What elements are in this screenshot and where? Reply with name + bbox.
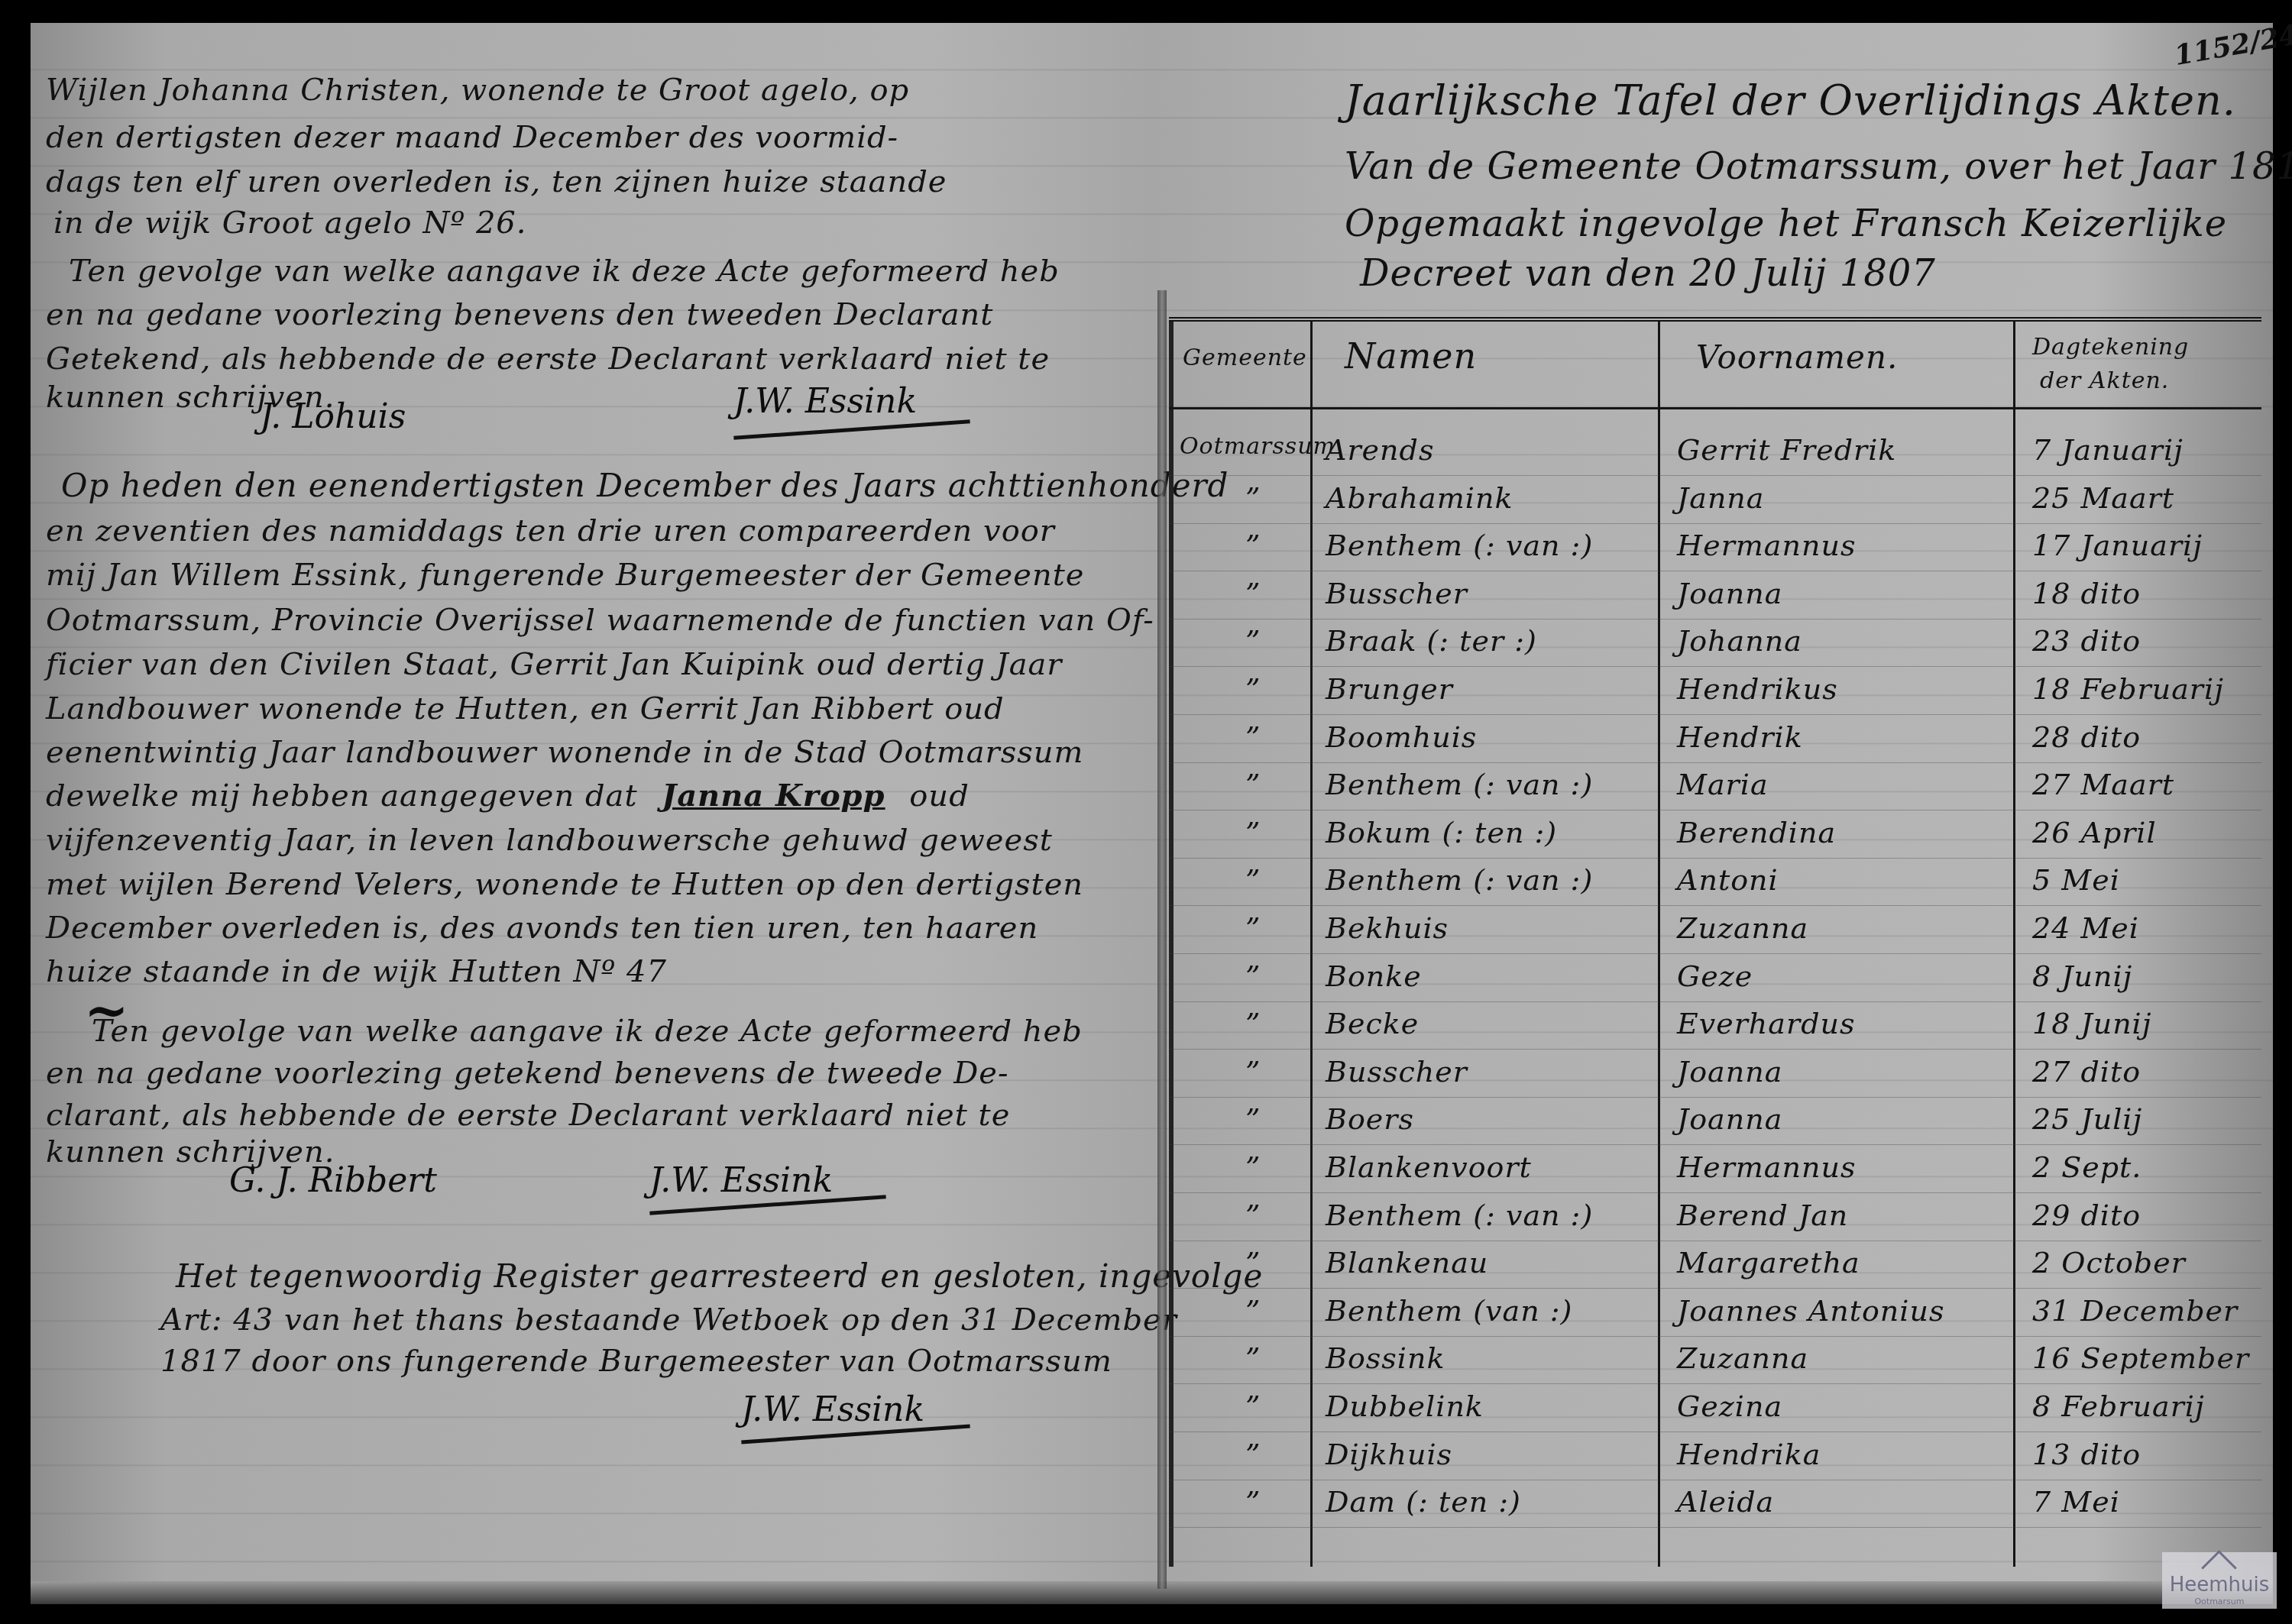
cell-voornamen: Janna — [1677, 481, 1765, 515]
cell-voornamen: Margaretha — [1677, 1246, 1860, 1279]
table-row: ”BossinkZuzanna16 September — [1169, 1337, 2261, 1384]
signature-lohuis: J. Lohuis — [260, 397, 406, 436]
cell-datum: 2 October — [2032, 1246, 2186, 1279]
text-line: 1817 door ons fungerende Burgemeester va… — [160, 1346, 1112, 1377]
cell-datum: 8 Februarij — [2032, 1389, 2205, 1423]
column-header-namen: Namen — [1345, 335, 1477, 377]
cell-naam: Bekhuis — [1326, 911, 1449, 945]
text-line: mij Jan Willem Essink, fungerende Burgem… — [46, 560, 1084, 590]
cell-voornamen: Berendina — [1677, 816, 1836, 849]
cell-naam: Brunger — [1326, 672, 1453, 706]
signature-essink: J.W. Essink — [649, 1161, 833, 1200]
table-row: ”BekhuisZuzanna24 Mei — [1169, 907, 2261, 954]
text-line: Ootmarssum, Provincie Overijssel waarnem… — [46, 605, 1154, 636]
watermark-sub: Ootmarsum — [2162, 1597, 2277, 1606]
cell-naam: Blankenvoort — [1326, 1150, 1532, 1184]
cell-gemeente: ” — [1245, 1102, 1261, 1136]
table-subtitle: Opgemaakt ingevolge het Fransch Keizerli… — [1345, 202, 2227, 245]
text-line: Ten gevolge van welke aangave ik deze Ac… — [69, 256, 1060, 286]
cell-gemeente: ” — [1245, 911, 1261, 945]
signature-essink: J.W. Essink — [733, 382, 917, 421]
header-line: Dagtekening — [2032, 331, 2189, 364]
cell-gemeente: ” — [1245, 959, 1261, 993]
table-row: ”BeckeEverhardus18 Junij — [1169, 1002, 2261, 1050]
cell-naam: Dam (: ten :) — [1326, 1485, 1521, 1519]
cell-gemeente: ” — [1245, 1485, 1261, 1519]
cell-voornamen: Johanna — [1677, 624, 1802, 658]
cell-naam: Becke — [1326, 1007, 1419, 1040]
cell-voornamen: Hermannus — [1677, 1150, 1856, 1184]
cell-voornamen: Hendrik — [1677, 720, 1803, 754]
cell-datum: 8 Junij — [2032, 959, 2132, 993]
cell-gemeente: ” — [1245, 720, 1261, 754]
cell-datum: 28 dito — [2032, 720, 2141, 754]
column-header-gemeente: Gemeente — [1183, 345, 1307, 371]
text-line: dags ten elf uren overleden is, ten zijn… — [46, 167, 947, 197]
column-header-dagtekening: Dagtekening der Akten. — [2032, 331, 2189, 398]
cell-naam: Busscher — [1326, 1055, 1468, 1089]
cell-voornamen: Antoni — [1677, 863, 1779, 897]
cell-naam: Dubbelink — [1326, 1389, 1484, 1423]
text-line: en zeventien des namiddags ten drie uren… — [46, 516, 1055, 546]
text-line: Ten gevolge van welke aangave ik deze Ac… — [92, 1016, 1083, 1047]
cell-voornamen: Hendrikus — [1677, 672, 1838, 706]
cell-gemeente: ” — [1245, 1389, 1261, 1423]
table-row: ”BrungerHendrikus18 Februarij — [1169, 668, 2261, 715]
cell-naam: Abrahamink — [1326, 481, 1513, 515]
cell-datum: 7 Mei — [2032, 1485, 2120, 1519]
text-line: huize staande in de wijk Hutten Nº 47 — [46, 956, 667, 987]
table-row: ”Benthem (van :)Joannes Antonius31 Decem… — [1169, 1289, 2261, 1337]
cell-datum: 2 Sept. — [2032, 1150, 2141, 1184]
table-row: ”BusscherJoanna18 dito — [1169, 572, 2261, 620]
cell-naam: Benthem (: van :) — [1326, 1199, 1593, 1232]
cell-voornamen: Everhardus — [1677, 1007, 1855, 1040]
cell-datum: 23 dito — [2032, 624, 2141, 658]
cell-voornamen: Zuzanna — [1677, 1341, 1808, 1375]
cell-naam: Arends — [1326, 433, 1434, 467]
table-row: ”DubbelinkGezina8 Februarij — [1169, 1385, 2261, 1432]
death-register-table: Gemeente Namen Voornamen. Dagtekening de… — [1169, 317, 2261, 1567]
table-row: ”Benthem (: van :)Antoni5 Mei — [1169, 859, 2261, 906]
cell-gemeente: ” — [1245, 1199, 1261, 1232]
text-line: vijfenzeventig Jaar, in leven landbouwer… — [46, 825, 1053, 856]
heemhuis-watermark: Heemhuis Ootmarsum — [2162, 1552, 2277, 1609]
cell-gemeente: ” — [1245, 1294, 1261, 1328]
watermark-brand: Heemhuis — [2162, 1574, 2277, 1597]
cell-voornamen: Maria — [1677, 768, 1769, 801]
cell-voornamen: Hendrika — [1677, 1438, 1821, 1471]
cell-datum: 25 Maart — [2032, 481, 2174, 515]
cell-datum: 26 April — [2032, 816, 2157, 849]
cell-gemeente: ” — [1245, 672, 1261, 706]
cell-gemeente: ” — [1245, 481, 1261, 515]
table-title: Jaarlijksche Tafel der Overlijdings Akte… — [1345, 76, 2236, 125]
table-row: ”BlankenvoortHermannus2 Sept. — [1169, 1146, 2261, 1193]
cell-datum: 25 Julij — [2032, 1102, 2142, 1136]
cell-gemeente: ” — [1245, 1007, 1261, 1040]
cell-naam: Boomhuis — [1326, 720, 1477, 754]
text-line: clarant, als hebbende de eerste Declaran… — [46, 1100, 1010, 1131]
cell-voornamen: Hermannus — [1677, 529, 1856, 562]
table-row: ”BonkeGeze8 Junij — [1169, 955, 2261, 1002]
page-number: 1152/243. — [2172, 14, 2292, 72]
text-line: ficier van den Civilen Staat, Gerrit Jan… — [46, 649, 1062, 680]
text-fragment: oud — [909, 778, 969, 814]
table-row: ”BoomhuisHendrik28 dito — [1169, 716, 2261, 763]
cell-naam: Benthem (van :) — [1326, 1294, 1572, 1328]
cell-voornamen: Joanna — [1677, 577, 1782, 610]
cell-gemeente: ” — [1245, 816, 1261, 849]
table-subtitle: Van de Gemeente Ootmarssum, over het Jaa… — [1345, 145, 2292, 188]
table-row: ”AbrahaminkJanna25 Maart — [1169, 477, 2261, 524]
table-row: ”BoersJoanna25 Julij — [1169, 1098, 2261, 1145]
header-rule — [1169, 407, 2261, 409]
table-subtitle: Decreet van den 20 Julij 1807 — [1360, 252, 1936, 295]
cell-naam: Benthem (: van :) — [1326, 768, 1593, 801]
table-row: OotmarssumArendsGerrit Fredrik7 Januarij — [1169, 429, 2261, 476]
text-line: December overleden is, des avonds ten ti… — [46, 913, 1038, 943]
table-row: ”Benthem (: van :)Berend Jan29 dito — [1169, 1194, 2261, 1241]
cell-datum: 27 dito — [2032, 1055, 2141, 1089]
cell-naam: Bossink — [1326, 1341, 1445, 1375]
cell-voornamen: Gerrit Fredrik — [1677, 433, 1896, 467]
cell-naam: Benthem (: van :) — [1326, 529, 1593, 562]
text-line: Landbouwer wonende te Hutten, en Gerrit … — [46, 694, 1005, 724]
cell-gemeente: ” — [1245, 1150, 1261, 1184]
text-line: den dertigsten dezer maand December des … — [46, 122, 898, 153]
deceased-name: Janna Kropp — [662, 778, 885, 814]
right-page-annual-table: 1152/243. Jaarlijksche Tafel der Overlij… — [1161, 0, 2277, 1624]
cell-gemeente: ” — [1245, 1341, 1261, 1375]
cell-datum: 31 December — [2032, 1294, 2238, 1328]
table-row: ”Bokum (: ten :)Berendina26 April — [1169, 811, 2261, 859]
text-line: Getekend, als hebbende de eerste Declara… — [46, 344, 1050, 374]
cell-gemeente: ” — [1245, 1246, 1261, 1279]
header-line: der Akten. — [2032, 364, 2189, 398]
cell-naam: Bokum (: ten :) — [1326, 816, 1557, 849]
cell-voornamen: Zuzanna — [1677, 911, 1808, 945]
cell-naam: Busscher — [1326, 577, 1468, 610]
cell-voornamen: Aleida — [1677, 1485, 1774, 1519]
cell-voornamen: Berend Jan — [1677, 1199, 1848, 1232]
text-line: in de wijk Groot agelo Nº 26. — [53, 208, 527, 238]
cell-gemeente: ” — [1245, 529, 1261, 562]
table-row: ”Dam (: ten :)Aleida7 Mei — [1169, 1480, 2261, 1528]
row-rule — [1169, 1527, 2261, 1528]
cell-datum: 18 Junij — [2032, 1007, 2152, 1040]
text-line: Wijlen Johanna Christen, wonende te Groo… — [46, 75, 909, 105]
cell-gemeente: ” — [1245, 624, 1261, 658]
cell-naam: Boers — [1326, 1102, 1414, 1136]
cell-gemeente: ” — [1245, 1438, 1261, 1471]
table-row: ”Benthem (: van :)Maria27 Maart — [1169, 763, 2261, 810]
cell-voornamen: Geze — [1677, 959, 1753, 993]
text-line: Het tegenwoordig Register gearresteerd e… — [176, 1260, 1263, 1292]
scanned-register-spread: Wijlen Johanna Christen, wonende te Groo… — [0, 0, 2292, 1624]
text-fragment: dewelke mij hebben aangegeven dat — [46, 778, 638, 814]
cell-voornamen: Gezina — [1677, 1389, 1782, 1423]
cell-datum: 18 Februarij — [2032, 672, 2224, 706]
cell-datum: 16 September — [2032, 1341, 2249, 1375]
text-line: en na gedane voorlezing benevens den twe… — [46, 299, 993, 330]
text-line: Art: 43 van het thans bestaande Wetboek … — [160, 1305, 1177, 1335]
text-line: Op heden den eenendertigsten December de… — [61, 470, 1229, 502]
signature-ribbert: G. J. Ribbert — [229, 1161, 437, 1200]
cell-voornamen: Joanna — [1677, 1055, 1782, 1089]
cell-gemeente: ” — [1245, 863, 1261, 897]
cell-datum: 13 dito — [2032, 1438, 2141, 1471]
table-row: ”BlankenauMargaretha2 October — [1169, 1241, 2261, 1289]
cell-gemeente: ” — [1245, 577, 1261, 610]
text-line: met wijlen Berend Velers, wonende te Hut… — [46, 869, 1083, 900]
cell-naam: Dijkhuis — [1326, 1438, 1452, 1471]
cell-voornamen: Joannes Antonius — [1677, 1294, 1944, 1328]
cell-datum: 24 Mei — [2032, 911, 2139, 945]
cell-naam: Blankenau — [1326, 1246, 1488, 1279]
cell-gemeente: ” — [1245, 768, 1261, 801]
cell-voornamen: Joanna — [1677, 1102, 1782, 1136]
column-header-voornamen: Voornamen. — [1696, 338, 1898, 376]
cell-gemeente: ” — [1245, 1055, 1261, 1089]
text-line: dewelke mij hebben aangegeven dat Janna … — [46, 781, 970, 811]
table-row: ”DijkhuisHendrika13 dito — [1169, 1433, 2261, 1480]
cell-datum: 27 Maart — [2032, 768, 2174, 801]
text-line: eenentwintig Jaar landbouwer wonende in … — [46, 737, 1083, 768]
table-row: ”Benthem (: van :)Hermannus17 Januarij — [1169, 524, 2261, 571]
cell-datum: 5 Mei — [2032, 863, 2120, 897]
cell-naam: Braak (: ter :) — [1326, 624, 1537, 658]
cell-datum: 29 dito — [2032, 1199, 2141, 1232]
cell-datum: 17 Januarij — [2032, 529, 2203, 562]
table-row: ”BusscherJoanna27 dito — [1169, 1050, 2261, 1098]
cell-datum: 7 Januarij — [2032, 433, 2184, 467]
signature-essink-final: J.W. Essink — [741, 1390, 924, 1429]
cell-datum: 18 dito — [2032, 577, 2141, 610]
table-row: ”Braak (: ter :)Johanna23 dito — [1169, 620, 2261, 667]
text-line: en na gedane voorlezing getekend beneven… — [46, 1058, 1009, 1089]
cell-naam: Benthem (: van :) — [1326, 863, 1593, 897]
cell-naam: Bonke — [1326, 959, 1422, 993]
cell-gemeente: Ootmarssum — [1180, 433, 1335, 460]
